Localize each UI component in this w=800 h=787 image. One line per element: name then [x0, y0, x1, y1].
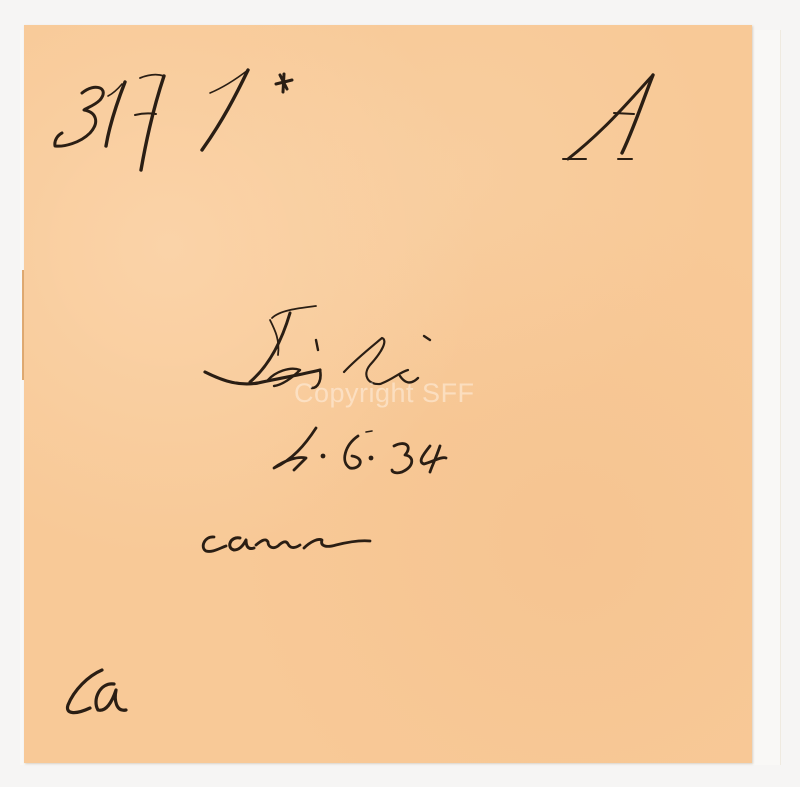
catalog-number: 3171 — [0, 0, 1, 1]
catalog-mark: * — [0, 0, 1, 1]
locality: Isili — [0, 0, 1, 1]
corner-code: Ca — [0, 0, 1, 1]
category-letter: A — [0, 0, 1, 1]
scan-background: 3171 * A Isili 4.6.34 caro Ca Copyright … — [0, 0, 800, 787]
note: caro — [0, 0, 1, 1]
collection-date: 4.6.34 — [0, 0, 1, 1]
copyright-watermark: Copyright SFF — [294, 378, 475, 409]
